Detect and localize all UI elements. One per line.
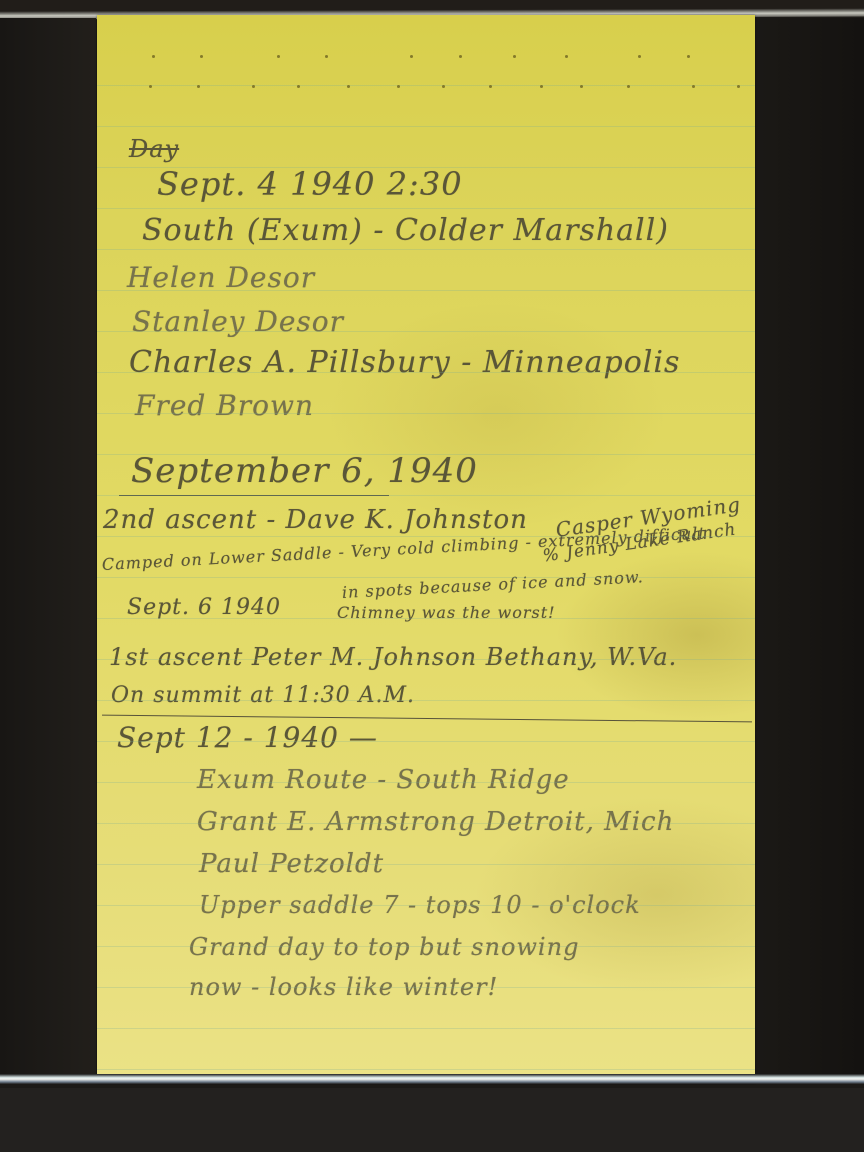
perforation-hole xyxy=(200,55,203,58)
ruled-line xyxy=(97,987,755,988)
entry-2-line: Sept. 6 1940 xyxy=(127,595,281,620)
ruled-line xyxy=(97,208,755,209)
ruled-line xyxy=(97,331,755,332)
glass-frame-edge-bottom xyxy=(0,1074,864,1084)
perforation-hole xyxy=(513,55,516,58)
entry-2-date-heading: September 6, 1940 xyxy=(131,451,478,491)
entry-3-line: Grant E. Armstrong Detroit, Mich xyxy=(197,807,674,837)
ruled-line xyxy=(97,536,755,537)
perforation-hole xyxy=(149,85,152,88)
ruled-line xyxy=(97,782,755,783)
entry-2-line: in spots because of ice and snow. xyxy=(342,567,645,602)
perforation-hole xyxy=(638,55,641,58)
display-backdrop-right xyxy=(752,18,864,1080)
ruled-line xyxy=(97,1069,755,1070)
perforation-hole xyxy=(580,85,583,88)
perforation-hole xyxy=(410,55,413,58)
legal-pad-page: Day Sept. 4 1940 2:30 South (Exum) - Col… xyxy=(97,15,755,1083)
entry-2-line: 1st ascent Peter M. Johnson Bethany, W.V… xyxy=(109,643,677,671)
entry-1-climber: Fred Brown xyxy=(135,389,314,422)
ruled-line xyxy=(97,372,755,373)
perforation-hole xyxy=(197,85,200,88)
entry-2-line: 2nd ascent - Dave K. Johnston xyxy=(103,505,528,535)
ruled-line xyxy=(97,741,755,742)
perforation-hole xyxy=(397,85,400,88)
entry-1-date: Sept. 4 1940 2:30 xyxy=(157,165,463,203)
ruled-line xyxy=(97,864,755,865)
perforation-hole xyxy=(565,55,568,58)
perforation-hole xyxy=(687,55,690,58)
struck-word: Day xyxy=(129,135,179,163)
perforation-hole xyxy=(737,85,740,88)
ruled-line xyxy=(97,454,755,455)
entry-3-date-heading: Sept 12 - 1940 — xyxy=(117,721,378,754)
perforation-hole xyxy=(540,85,543,88)
perforation-hole xyxy=(277,55,280,58)
perforation-hole xyxy=(152,55,155,58)
entry-1-route: South (Exum) - Colder Marshall) xyxy=(142,213,669,248)
ruled-line xyxy=(97,577,755,578)
ruled-line xyxy=(97,249,755,250)
ruled-line xyxy=(97,700,755,701)
perforation-hole xyxy=(442,85,445,88)
entry-2-line: On summit at 11:30 A.M. xyxy=(111,683,415,708)
display-backdrop-bottom xyxy=(0,1088,864,1152)
perforation-hole xyxy=(347,85,350,88)
entry-3-line: Grand day to top but snowing xyxy=(189,933,579,961)
perforation-hole xyxy=(297,85,300,88)
entry-1-climber: Stanley Desor xyxy=(132,305,344,338)
ruled-line xyxy=(97,126,755,127)
ruled-line xyxy=(97,413,755,414)
display-backdrop-left xyxy=(0,18,96,1080)
perforation-hole xyxy=(459,55,462,58)
ruled-line xyxy=(97,946,755,947)
entry-2-line: Chimney was the worst! xyxy=(337,603,556,622)
entry-3-line: Exum Route - South Ridge xyxy=(197,765,570,795)
ruled-line xyxy=(97,905,755,906)
ruled-line xyxy=(97,618,755,619)
ruled-line xyxy=(97,659,755,660)
ruled-line xyxy=(97,290,755,291)
perforation-hole xyxy=(489,85,492,88)
ruled-line xyxy=(97,167,755,168)
perforation-hole xyxy=(627,85,630,88)
entry-1-climber: Charles A. Pillsbury - Minneapolis xyxy=(129,345,680,380)
ruled-line xyxy=(97,495,755,496)
perforation-hole xyxy=(325,55,328,58)
ruled-line xyxy=(97,85,755,86)
perforation-hole xyxy=(252,85,255,88)
ruled-line xyxy=(97,823,755,824)
ruled-line xyxy=(97,1028,755,1029)
perforation-hole xyxy=(692,85,695,88)
